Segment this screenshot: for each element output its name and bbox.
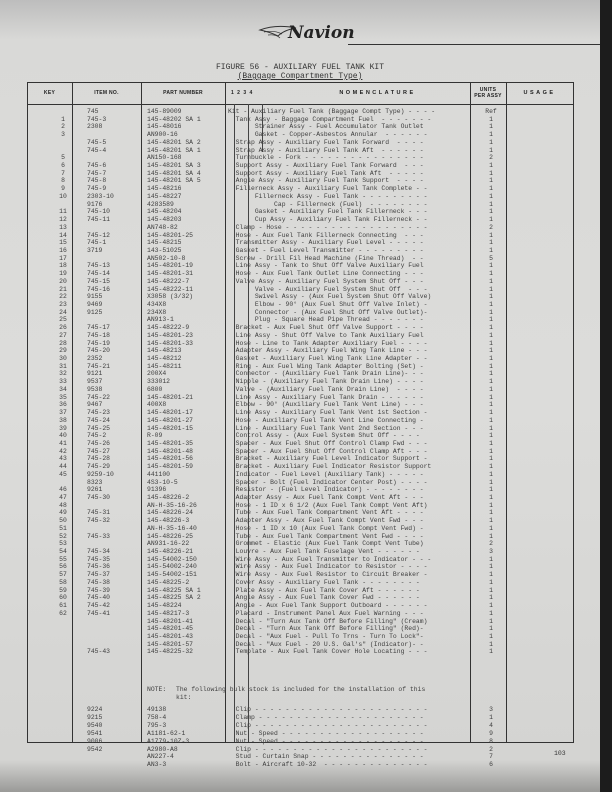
table-cell-item: 745-43 xyxy=(87,648,110,656)
table-cell-units: 4 xyxy=(476,722,506,730)
table-cell-item: 3719 xyxy=(87,247,102,255)
header-key: KEY xyxy=(27,82,72,104)
table-cell-item: 745-30 xyxy=(87,494,110,502)
table-cell-part: AN227-4 xyxy=(147,753,174,761)
table-cell-item: 745-11 xyxy=(87,216,110,224)
page-number: 103 xyxy=(554,750,566,757)
table-cell-nomen: Bolt - Aircraft 10-32 - - - - - - - - - … xyxy=(228,761,427,769)
col-divider xyxy=(470,82,471,742)
table-cell-item: 9215 xyxy=(87,714,102,722)
table-cell-part: 795-3 xyxy=(147,722,166,730)
header-levels: 1 2 3 4 xyxy=(225,82,281,104)
header-units-line2: PER ASSY xyxy=(474,93,502,99)
table-cell-units: 9 xyxy=(476,730,506,738)
table-cell-part: AN3-3 xyxy=(147,761,166,769)
document-page: Navion FIGURE 56 - AUXILIARY FUEL TANK K… xyxy=(0,0,600,792)
note-label: NOTE: xyxy=(147,686,166,694)
table-cell-item: 745-4 xyxy=(87,147,106,155)
header-item-no: ITEM NO. xyxy=(72,82,141,104)
table-cell-item: 2308 xyxy=(87,123,102,131)
table-cell-part: A2980-A8 xyxy=(147,746,178,754)
table-cell-item: 9125 xyxy=(87,309,102,317)
table-cell-item: 9224 xyxy=(87,706,102,714)
col-divider xyxy=(225,82,226,742)
scan-edge xyxy=(600,0,612,792)
table-cell-units: 8 xyxy=(476,738,506,746)
table-cell-units: 6 xyxy=(476,761,506,769)
table-cell-nomen: Nut - Speed - - - - - - - - - - - - - - … xyxy=(228,738,424,746)
table-cell-item: 745-33 xyxy=(87,533,110,541)
table-cell-part: A1779-10Z-3 xyxy=(147,738,189,746)
table-cell-units: 3 xyxy=(476,706,506,714)
figure-title: FIGURE 56 - AUXILIARY FUEL TANK KIT xyxy=(0,63,600,72)
table-cell-key xyxy=(53,648,73,656)
header-usage: USAGE xyxy=(506,82,573,104)
table-cell-item: 745-41 xyxy=(87,610,110,618)
table-cell-nomen: Clip - - - - - - - - - - - - - - - - - -… xyxy=(228,746,427,754)
logo-text: Navion xyxy=(288,23,355,43)
table-cell-item: 745-32 xyxy=(87,517,110,525)
header-units-per-assy: UNITS PER ASSY xyxy=(470,82,506,104)
table-cell-units: 1 xyxy=(476,714,506,722)
col-divider xyxy=(141,82,142,742)
figure-title-block: FIGURE 56 - AUXILIARY FUEL TANK KIT (Bag… xyxy=(0,63,600,81)
table-cell-item: 9542 xyxy=(87,746,102,754)
table-cell-item: 9006 xyxy=(87,738,102,746)
table-cell-units: 2 xyxy=(476,746,506,754)
table-cell-nomen: Clamp - - - - - - - - - - - - - - - - - … xyxy=(228,714,424,722)
table-cell-units: 7 xyxy=(476,753,506,761)
table-cell-nomen: Template - Aux Fuel Tank Cover Hole Loca… xyxy=(228,648,427,656)
table-cell-item: 9541 xyxy=(87,730,102,738)
header-nomenclature: NOMENCLATURE xyxy=(290,82,465,104)
table-cell-part: 145-48225-32 xyxy=(147,648,193,656)
figure-subtitle: (Baggage Compartment Type) xyxy=(0,72,600,81)
col-divider xyxy=(506,82,507,742)
table-cell-nomen: Stud - Curtain Snap - - - - - - - - - - … xyxy=(228,753,424,761)
table-cell-part: A1181-62-1 xyxy=(147,730,185,738)
header-part-number: PART NUMBER xyxy=(141,82,225,104)
table-cell-nomen: Nut - Speed - - - - - - - - - - - - - - … xyxy=(228,730,424,738)
table-cell-part: 758-4 xyxy=(147,714,166,722)
table-cell-item: 9540 xyxy=(87,722,102,730)
table-cell-part: 49138 xyxy=(147,706,166,714)
table-cell-nomen: Clip - - - - - - - - - - - - - - - - - -… xyxy=(228,706,427,714)
table-cell-nomen: Clip - - - - - - - - - - - - - - - - - -… xyxy=(228,722,427,730)
navion-logo: Navion xyxy=(258,22,408,48)
table-cell-units: 1 xyxy=(476,648,506,656)
note-text-line2: kit: xyxy=(176,694,191,702)
logo-underline xyxy=(348,44,612,45)
note-text-line1: The following bulk stock is included for… xyxy=(176,686,425,694)
